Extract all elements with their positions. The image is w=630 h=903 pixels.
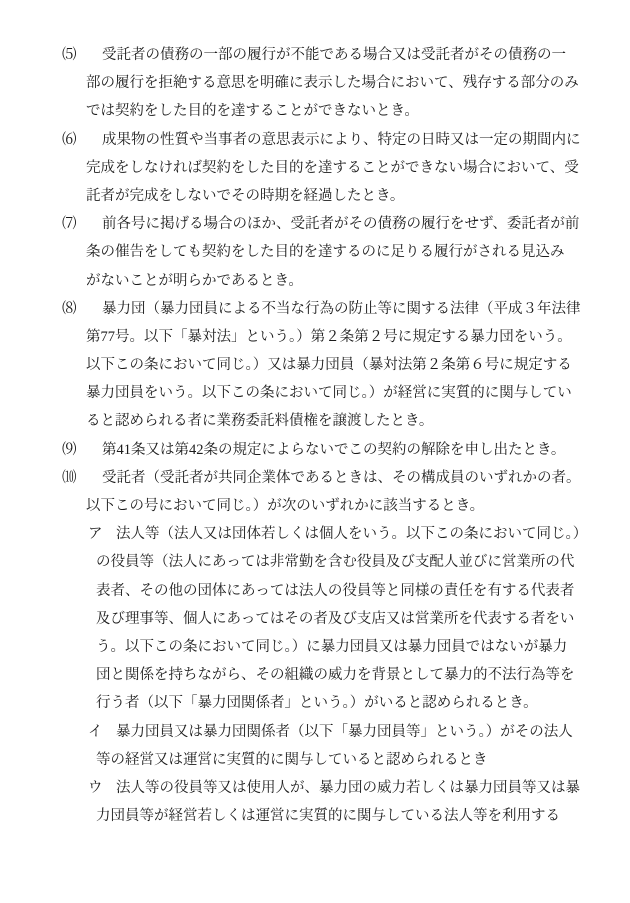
document-line: ⑻暴力団（暴力団員による不当な行為の防止等に関する法律（平成３年法律 <box>0 295 630 323</box>
clause-line-text: 表者、その他の団体にあっては法人の役員等と同様の責任を有する代表者 <box>96 583 574 599</box>
document-line: 完成をしなければ契約をした目的を達することができない場合において、受 <box>0 154 630 182</box>
clause-line-text: 以下この条において同じ。）又は暴力団員（暴対法第２条第６号に規定する <box>86 357 572 373</box>
document-line: ⑽受託者（受託者が共同企業体であるときは、その構成員のいずれかの者。 <box>0 464 630 492</box>
clause-line-text: の役員等（法人にあっては非常勤を含む役員及び支配人並びに営業所の代 <box>96 554 574 570</box>
clause-line-text: 法人等の役員等又は使用人が、暴力団の威力若しくは暴力団員等又は暴 <box>116 780 580 796</box>
document-line: ア法人等（法人又は団体若しくは個人をいう。以下この条において同じ。） <box>0 520 630 548</box>
clause-line-text: 受託者（受託者が共同企業体であるときは、その構成員のいずれかの者。 <box>102 470 581 486</box>
clause-line-text: 部の履行を拒絶する意思を明確に表示した場合において、残存する部分のみ <box>86 75 579 91</box>
clause-line-text: 成果物の性質や当事者の意思表示により、特定の日時又は一定の期間内に <box>102 132 581 148</box>
clause-line-text: 前各号に掲げる場合のほか、受託者がその債務の履行をせず、委託者が前 <box>102 216 579 232</box>
document-line: 第77号。以下「暴対法」という。）第２条第２号に規定する暴力団をいう。 <box>0 323 630 351</box>
document-line: 力団員等が経営若しくは運営に実質的に関与している法人等を利用する <box>0 802 630 830</box>
document-line: イ暴力団員又は暴力団関係者（以下「暴力団員等」という。）がその法人 <box>0 718 630 746</box>
clause-marker: ⑽ <box>62 464 77 492</box>
clause-line-text: 行う者（以下「暴力団関係者」という。）がいると認められるとき。 <box>96 695 538 711</box>
document-line: ると認められる者に業務委託料債権を譲渡したとき。 <box>0 407 630 435</box>
clause-line-text: 等の経営又は運営に実質的に関与していると認められるとき <box>96 752 488 768</box>
clause-marker: イ <box>88 718 103 746</box>
clause-line-text: 力団員等が経営若しくは運営に実質的に関与している法人等を利用する <box>96 808 560 824</box>
clause-line-text: う。以下この条において同じ。）に暴力団員又は暴力団員ではないが暴力 <box>96 639 567 655</box>
clause-marker: ⑺ <box>62 210 77 238</box>
clause-line-text: 及び理事等、個人にあってはその者及び支店又は営業所を代表する者をい <box>96 611 574 627</box>
document-page: ⑸受託者の債務の一部の履行が不能である場合又は受託者がその債務の一部の履行を拒絶… <box>0 0 630 903</box>
document-line: 託者が完成をしないでその時期を経過したとき。 <box>0 182 630 210</box>
document-line: では契約をした目的を達することができないとき。 <box>0 97 630 125</box>
document-line: ⑸受託者の債務の一部の履行が不能である場合又は受託者がその債務の一 <box>0 41 630 69</box>
clause-line-text: 暴力団員又は暴力団関係者（以下「暴力団員等」という。）がその法人 <box>116 724 573 740</box>
clause-line-text: 団と関係を持ちながら、その組織の威力を背景として暴力的不法行為等を <box>96 667 575 683</box>
clause-line-text: 以下この号において同じ。）が次のいずれかに該当するとき。 <box>86 498 484 514</box>
clause-line-text: ると認められる者に業務委託料債権を譲渡したとき。 <box>86 413 433 429</box>
document-line: がないことが明らかであるとき。 <box>0 267 630 295</box>
clause-line-text: 託者が完成をしないでその時期を経過したとき。 <box>86 188 404 204</box>
clause-line-text: がないことが明らかであるとき。 <box>86 273 303 289</box>
document-line: 条の催告をしても契約をした目的を達するのに足りる履行がされる見込み <box>0 238 630 266</box>
clause-line-text: 第41条又は第42条の規定によらないでこの契約の解除を申し出たとき。 <box>102 442 565 458</box>
clause-marker: ⑸ <box>62 41 77 69</box>
clause-line-text: では契約をした目的を達することができないとき。 <box>86 103 419 119</box>
clause-marker: ⑹ <box>62 126 77 154</box>
document-line: 団と関係を持ちながら、その組織の威力を背景として暴力的不法行為等を <box>0 661 630 689</box>
document-line: ⑺前各号に掲げる場合のほか、受託者がその債務の履行をせず、委託者が前 <box>0 210 630 238</box>
document-line: う。以下この条において同じ。）に暴力団員又は暴力団員ではないが暴力 <box>0 633 630 661</box>
clause-marker: ア <box>88 520 103 548</box>
clause-marker: ⑻ <box>62 295 77 323</box>
clause-line-text: 暴力団（暴力団員による不当な行為の防止等に関する法律（平成３年法律 <box>102 301 581 317</box>
clause-line-text: 受託者の債務の一部の履行が不能である場合又は受託者がその債務の一 <box>102 47 566 63</box>
document-line: 及び理事等、個人にあってはその者及び支店又は営業所を代表する者をい <box>0 605 630 633</box>
clause-line-text: 完成をしなければ契約をした目的を達することができない場合において、受 <box>86 160 579 176</box>
clause-marker: ⑼ <box>62 436 77 464</box>
clause-line-text: 条の催告をしても契約をした目的を達するのに足りる履行がされる見込み <box>86 244 565 260</box>
document-line: 等の経営又は運営に実質的に関与していると認められるとき <box>0 746 630 774</box>
document-line: ウ法人等の役員等又は使用人が、暴力団の威力若しくは暴力団員等又は暴 <box>0 774 630 802</box>
document-line: 以下この号において同じ。）が次のいずれかに該当するとき。 <box>0 492 630 520</box>
document-line: の役員等（法人にあっては非常勤を含む役員及び支配人並びに営業所の代 <box>0 548 630 576</box>
document-line: 暴力団員をいう。以下この条において同じ。）が経営に実質的に関与してい <box>0 379 630 407</box>
clause-line-text: 法人等（法人又は団体若しくは個人をいう。以下この条において同じ。） <box>116 526 587 542</box>
document-line: 以下この条において同じ。）又は暴力団員（暴対法第２条第６号に規定する <box>0 351 630 379</box>
document-line: 表者、その他の団体にあっては法人の役員等と同様の責任を有する代表者 <box>0 577 630 605</box>
clause-line-text: 第77号。以下「暴対法」という。）第２条第２号に規定する暴力団をいう。 <box>86 329 572 345</box>
document-line: ⑼第41条又は第42条の規定によらないでこの契約の解除を申し出たとき。 <box>0 436 630 464</box>
document-line: ⑹成果物の性質や当事者の意思表示により、特定の日時又は一定の期間内に <box>0 126 630 154</box>
clause-line-text: 暴力団員をいう。以下この条において同じ。）が経営に実質的に関与してい <box>86 385 572 401</box>
clause-marker: ウ <box>88 774 103 802</box>
document-line: 部の履行を拒絶する意思を明確に表示した場合において、残存する部分のみ <box>0 69 630 97</box>
document-line: 行う者（以下「暴力団関係者」という。）がいると認められるとき。 <box>0 689 630 717</box>
